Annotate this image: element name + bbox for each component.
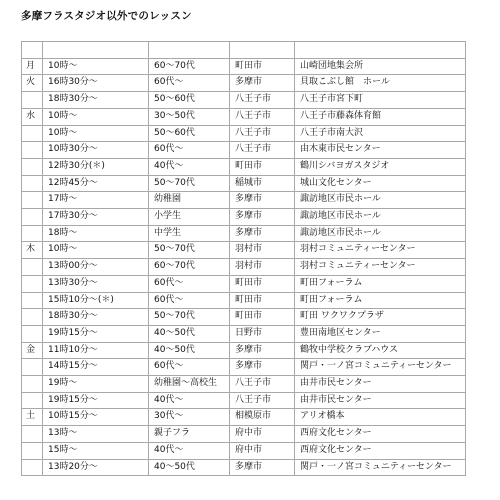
age-group-cell: 50～60代 — [149, 125, 230, 142]
time-cell: 15時10分～(＊) — [43, 292, 149, 309]
day-cell — [22, 442, 43, 459]
time-cell: 18時30分～ — [43, 309, 149, 326]
city-cell: 八王子市 — [230, 376, 295, 393]
table-row: 金11時10分～40～50代多摩市鶴牧中学校クラブハウス — [22, 342, 466, 359]
table-row: 17時30分～小学生多摩市諏訪地区市民ホール — [22, 209, 466, 226]
table-row: 13時30分～60代～町田市町田フォーラム — [22, 275, 466, 292]
city-cell: 多摩市 — [230, 75, 295, 92]
age-group-cell: 幼稚園 — [149, 192, 230, 209]
age-group-cell: 60代～ — [149, 275, 230, 292]
venue-cell: 町田 ワクワクプラザ — [295, 309, 466, 326]
day-cell — [22, 92, 43, 109]
table-row: 17時～幼稚園多摩市諏訪地区市民ホール — [22, 192, 466, 209]
age-group-cell: 60代～ — [149, 359, 230, 376]
day-cell — [22, 359, 43, 376]
venue-cell: 由木東市民センター — [295, 142, 466, 159]
table-row: 14時15分～60代～多摩市関戸・一ノ宮コミュニティーセンター — [22, 359, 466, 376]
day-cell — [22, 125, 43, 142]
table-row: 水10時～30～50代八王子市八王子市藤森体育館 — [22, 108, 466, 125]
city-cell: 日野市 — [230, 325, 295, 342]
table-row: 19時15分～40代～八王子市由井市民センター — [22, 392, 466, 409]
day-cell — [22, 292, 43, 309]
city-cell: 相模原市 — [230, 409, 295, 426]
time-cell: 13時30分～ — [43, 275, 149, 292]
age-group-cell: 40～50代 — [149, 459, 230, 476]
time-cell: 10時～ — [43, 108, 149, 125]
table-row: 15時10分～(＊)60代～町田市町田フォーラム — [22, 292, 466, 309]
age-group-cell: 親子フラ — [149, 426, 230, 443]
table-row: 土10時15分～30代～相模原市アリオ橋本 — [22, 409, 466, 426]
table-row: 木10時～50～70代羽村市羽村コミュニティーセンター — [22, 242, 466, 259]
venue-cell: 豊田南地区センター — [295, 325, 466, 342]
venue-cell: 西府文化センター — [295, 426, 466, 443]
table-row: 18時～中学生多摩市諏訪地区市民ホール — [22, 225, 466, 242]
venue-cell: 諏訪地区市民ホール — [295, 225, 466, 242]
age-group-cell: 30～50代 — [149, 108, 230, 125]
time-cell: 12時45分～ — [43, 175, 149, 192]
venue-cell: アリオ橋本 — [295, 409, 466, 426]
table-row: 15時～40代～府中市西府文化センター — [22, 442, 466, 459]
venue-cell: 町田フォーラム — [295, 275, 466, 292]
age-group-cell: 中学生 — [149, 225, 230, 242]
time-cell: 18時30分～ — [43, 92, 149, 109]
age-group-cell: 60代～ — [149, 292, 230, 309]
time-cell: 18時～ — [43, 225, 149, 242]
day-cell — [22, 309, 43, 326]
time-cell: 15時～ — [43, 442, 149, 459]
header-cell — [43, 42, 149, 59]
venue-cell: 諏訪地区市民ホール — [295, 209, 466, 226]
venue-cell: 羽村コミュニティーセンター — [295, 259, 466, 276]
age-group-cell: 30代～ — [149, 409, 230, 426]
venue-cell: 鶴牧中学校クラブハウス — [295, 342, 466, 359]
city-cell: 八王子市 — [230, 125, 295, 142]
time-cell: 10時15分～ — [43, 409, 149, 426]
city-cell: 八王子市 — [230, 108, 295, 125]
time-cell: 13時20分～ — [43, 459, 149, 476]
venue-cell: 由井市民センター — [295, 376, 466, 393]
age-group-cell: 40～50代 — [149, 342, 230, 359]
city-cell: 多摩市 — [230, 209, 295, 226]
age-group-cell: 幼稚園～高校生 — [149, 376, 230, 393]
venue-cell: 関戸・一ノ宮コミュニティーセンター — [295, 459, 466, 476]
time-cell: 10時～ — [43, 125, 149, 142]
venue-cell: 八王子市藤森体育館 — [295, 108, 466, 125]
city-cell: 町田市 — [230, 292, 295, 309]
day-cell — [22, 376, 43, 393]
table-row: 18時30分～50～70代町田市町田 ワクワクプラザ — [22, 309, 466, 326]
header-cell — [22, 42, 43, 59]
day-cell: 土 — [22, 409, 43, 426]
venue-cell: 諏訪地区市民ホール — [295, 192, 466, 209]
table-row: 10時30分～60代～八王子市由木東市民センター — [22, 142, 466, 159]
age-group-cell: 40代～ — [149, 442, 230, 459]
city-cell: 町田市 — [230, 58, 295, 75]
city-cell: 町田市 — [230, 158, 295, 175]
time-cell: 11時10分～ — [43, 342, 149, 359]
city-cell: 羽村市 — [230, 259, 295, 276]
city-cell: 府中市 — [230, 442, 295, 459]
age-group-cell: 小学生 — [149, 209, 230, 226]
venue-cell: 由井市民センター — [295, 392, 466, 409]
day-cell — [22, 392, 43, 409]
venue-cell: 西府文化センター — [295, 442, 466, 459]
city-cell: 多摩市 — [230, 359, 295, 376]
day-cell: 月 — [22, 58, 43, 75]
time-cell: 10時～ — [43, 58, 149, 75]
day-cell — [22, 209, 43, 226]
day-cell — [22, 175, 43, 192]
day-cell — [22, 259, 43, 276]
time-cell: 19時～ — [43, 376, 149, 393]
day-cell — [22, 459, 43, 476]
table-row: 12時45分～50～70代稲城市城山文化センター — [22, 175, 466, 192]
city-cell: 多摩市 — [230, 225, 295, 242]
venue-cell: 貝取こぶし館 ホール — [295, 75, 466, 92]
day-cell — [22, 158, 43, 175]
venue-cell: 関戸・一ノ宮コミュニティーセンター — [295, 359, 466, 376]
day-cell: 金 — [22, 342, 43, 359]
table-row: 19時15分～40～50代日野市豊田南地区センター — [22, 325, 466, 342]
city-cell: 府中市 — [230, 426, 295, 443]
table-row: 火16時30分～60代～多摩市貝取こぶし館 ホール — [22, 75, 466, 92]
day-cell — [22, 225, 43, 242]
time-cell: 16時30分～ — [43, 75, 149, 92]
age-group-cell: 50～70代 — [149, 242, 230, 259]
age-group-cell: 60～70代 — [149, 58, 230, 75]
city-cell: 町田市 — [230, 309, 295, 326]
venue-cell: 羽村コミュニティーセンター — [295, 242, 466, 259]
time-cell: 13時00分～ — [43, 259, 149, 276]
age-group-cell: 50～60代 — [149, 92, 230, 109]
table-row: 13時20分～40～50代多摩市関戸・一ノ宮コミュニティーセンター — [22, 459, 466, 476]
time-cell: 17時30分～ — [43, 209, 149, 226]
city-cell: 多摩市 — [230, 459, 295, 476]
header-cell — [149, 42, 230, 59]
table-row: 12時30分(＊)40代～町田市鶴川シバヨガスタジオ — [22, 158, 466, 175]
day-cell — [22, 192, 43, 209]
city-cell: 多摩市 — [230, 192, 295, 209]
table-header-row — [22, 42, 466, 59]
time-cell: 17時～ — [43, 192, 149, 209]
age-group-cell: 40代～ — [149, 158, 230, 175]
table-row: 月10時～60～70代町田市山崎団地集会所 — [22, 58, 466, 75]
age-group-cell: 50～70代 — [149, 175, 230, 192]
venue-cell: 町田フォーラム — [295, 292, 466, 309]
time-cell: 19時15分～ — [43, 325, 149, 342]
page-title: 多摩フラスタジオ以外でのレッスン — [21, 8, 192, 23]
time-cell: 13時～ — [43, 426, 149, 443]
table-row: 13時00分～60～70代羽村市羽村コミュニティーセンター — [22, 259, 466, 276]
city-cell: 八王子市 — [230, 142, 295, 159]
city-cell: 八王子市 — [230, 392, 295, 409]
venue-cell: 城山文化センター — [295, 175, 466, 192]
time-cell: 19時15分～ — [43, 392, 149, 409]
table-row: 10時～50～60代八王子市八王子市南大沢 — [22, 125, 466, 142]
day-cell — [22, 426, 43, 443]
age-group-cell: 60代～ — [149, 142, 230, 159]
time-cell: 10時30分～ — [43, 142, 149, 159]
day-cell — [22, 325, 43, 342]
city-cell: 羽村市 — [230, 242, 295, 259]
age-group-cell: 60代～ — [149, 75, 230, 92]
time-cell: 14時15分～ — [43, 359, 149, 376]
age-group-cell: 40代～ — [149, 392, 230, 409]
day-cell: 火 — [22, 75, 43, 92]
age-group-cell: 40～50代 — [149, 325, 230, 342]
city-cell: 多摩市 — [230, 342, 295, 359]
city-cell: 稲城市 — [230, 175, 295, 192]
table-row: 19時～幼稚園～高校生八王子市由井市民センター — [22, 376, 466, 393]
lesson-schedule-table: 月10時～60～70代町田市山崎団地集会所火16時30分～60代～多摩市貝取こぶ… — [21, 41, 466, 476]
venue-cell: 八王子市宮下町 — [295, 92, 466, 109]
time-cell: 10時～ — [43, 242, 149, 259]
venue-cell: 山崎団地集会所 — [295, 58, 466, 75]
table-row: 13時～親子フラ府中市西府文化センター — [22, 426, 466, 443]
city-cell: 町田市 — [230, 275, 295, 292]
day-cell: 水 — [22, 108, 43, 125]
day-cell — [22, 275, 43, 292]
venue-cell: 八王子市南大沢 — [295, 125, 466, 142]
age-group-cell: 60～70代 — [149, 259, 230, 276]
time-cell: 12時30分(＊) — [43, 158, 149, 175]
header-cell — [295, 42, 466, 59]
day-cell: 木 — [22, 242, 43, 259]
city-cell: 八王子市 — [230, 92, 295, 109]
day-cell — [22, 142, 43, 159]
header-cell — [230, 42, 295, 59]
age-group-cell: 50～70代 — [149, 309, 230, 326]
venue-cell: 鶴川シバヨガスタジオ — [295, 158, 466, 175]
table-row: 18時30分～50～60代八王子市八王子市宮下町 — [22, 92, 466, 109]
